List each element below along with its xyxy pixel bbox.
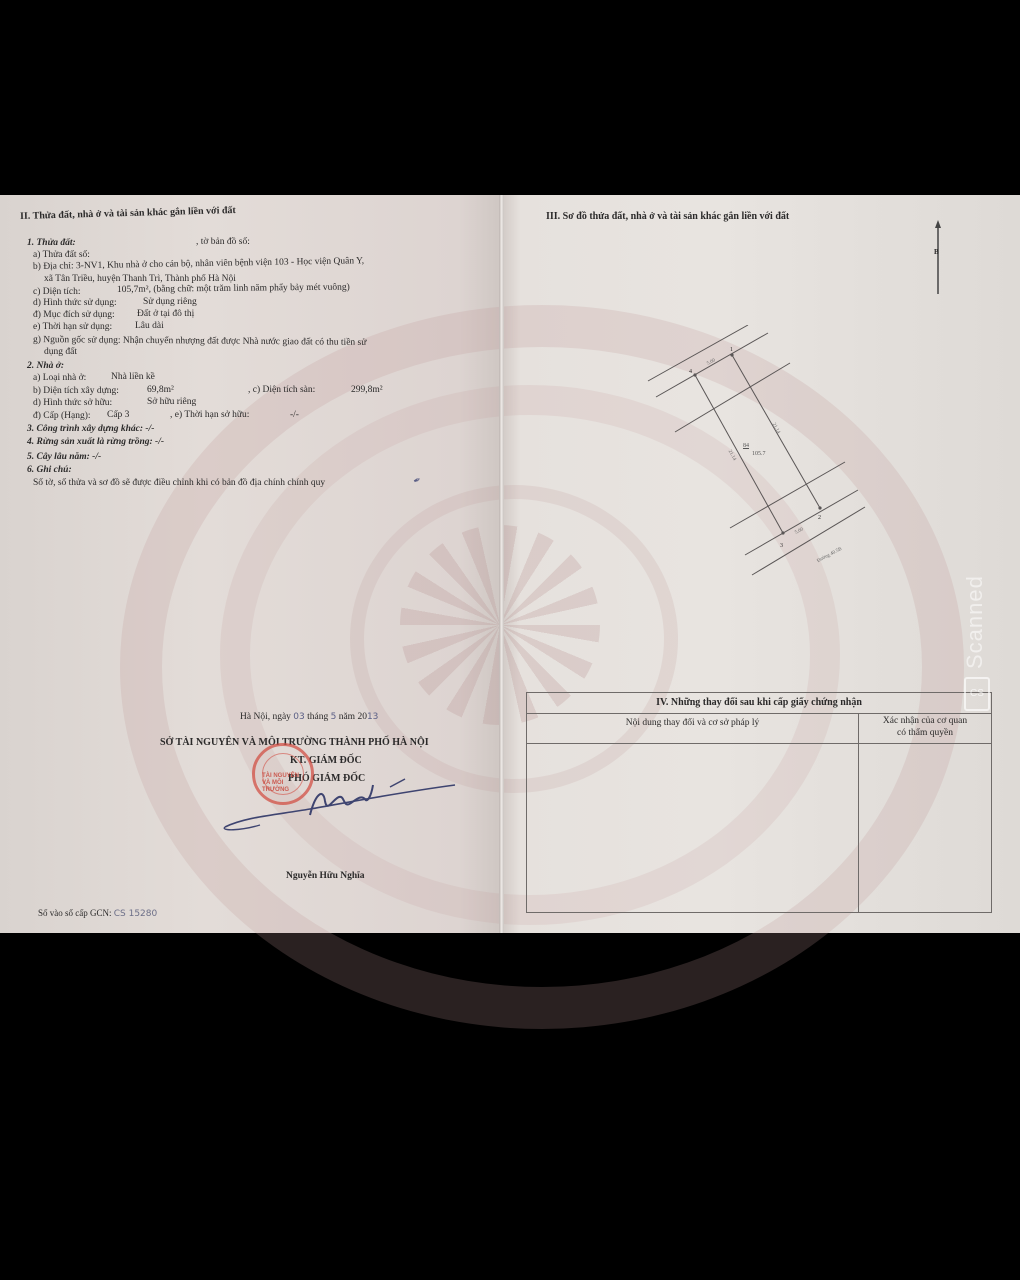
house-type-value: Nhà liền kề bbox=[111, 372, 155, 383]
address-value: 3-NV1, Khu nhà ở cho cán bộ, nhân viên b… bbox=[76, 256, 364, 271]
other-works: 3. Công trình xây dựng khác: -/- bbox=[27, 424, 154, 435]
perennial: 5. Cây lâu năm: -/- bbox=[27, 452, 101, 463]
ownership-value: Sở hữu riêng bbox=[147, 397, 196, 408]
land-heading: 1. Thửa đất: bbox=[27, 238, 76, 249]
col-change-content: Nội dung thay đổi và cơ sở pháp lý bbox=[527, 713, 858, 743]
section-iii-title: III. Sơ đồ thửa đất, nhà ở và tài sản kh… bbox=[546, 211, 789, 222]
note-heading: 6. Ghi chú: bbox=[27, 465, 72, 476]
point-1: 1 bbox=[730, 345, 733, 356]
date-month: 5 bbox=[331, 712, 337, 722]
signature-icon bbox=[215, 775, 465, 835]
ownership-label: d) Hình thức sở hữu: bbox=[33, 398, 112, 409]
grade-value: Cấp 3 bbox=[107, 410, 129, 421]
build-area-label: b) Diện tích xây dựng: bbox=[33, 386, 119, 397]
house-heading: 2. Nhà ở: bbox=[27, 361, 64, 372]
address-label: b) Địa chỉ: bbox=[33, 261, 74, 272]
section-ii-title: II. Thửa đất, nhà ở và tài sản khác gắn … bbox=[20, 205, 236, 222]
own-term-label: , e) Thời hạn sở hữu: bbox=[170, 410, 249, 421]
forest: 4. Rừng sản xuất là rừng trồng: -/- bbox=[27, 437, 164, 448]
ink-mark-icon: ✒ bbox=[412, 475, 423, 488]
scanner-logo-icon: CS bbox=[964, 677, 990, 711]
north-label: B bbox=[934, 247, 939, 258]
origin-label: g) Nguồn gốc sử dụng: bbox=[33, 335, 121, 346]
parcel-label: 84 bbox=[743, 441, 749, 452]
point-2: 2 bbox=[818, 513, 821, 524]
col-authority-confirmation: Xác nhận của cơ quan có thẩm quyền bbox=[859, 715, 991, 745]
registry-value: CS 15280 bbox=[114, 909, 158, 919]
term-value: Lâu dài bbox=[135, 321, 164, 332]
date-day: 03 bbox=[293, 712, 304, 722]
date-year-label: năm 20 bbox=[339, 712, 367, 722]
date-year-suffix: 13 bbox=[367, 712, 378, 722]
floor-area-value: 299,8m² bbox=[351, 385, 383, 396]
changes-table: IV. Những thay đổi sau khi cấp giấy chứn… bbox=[526, 692, 992, 913]
term-label: e) Thời hạn sử dụng: bbox=[33, 322, 112, 333]
purpose-value: Đất ở tại đô thị bbox=[137, 309, 194, 320]
purpose-label: đ) Mục đích sử dụng: bbox=[33, 310, 115, 321]
parcel-no-label: a) Thửa đất số: bbox=[33, 250, 90, 261]
date-prefix: Hà Nội, ngày bbox=[240, 712, 291, 722]
origin-value-line2: dụng đất bbox=[44, 347, 77, 358]
point-4: 4 bbox=[689, 367, 692, 378]
col2-line1: Xác nhận của cơ quan bbox=[859, 715, 991, 727]
scanner-watermark: Scanned bbox=[962, 575, 988, 669]
use-form-value: Sử dụng riêng bbox=[143, 297, 197, 308]
area-label: c) Diện tích: bbox=[33, 287, 80, 298]
house-type-label: a) Loại nhà ở: bbox=[33, 373, 86, 384]
point-3: 3 bbox=[780, 541, 783, 552]
north-arrow-icon bbox=[930, 220, 946, 300]
parcel-area: 105.7 bbox=[752, 449, 766, 460]
left-page: II. Thửa đất, nhà ở và tài sản khác gắn … bbox=[0, 195, 502, 933]
col2-line2: có thẩm quyền bbox=[859, 727, 991, 739]
use-form-label: d) Hình thức sử dụng: bbox=[33, 298, 117, 309]
date-month-label: tháng bbox=[307, 712, 328, 722]
origin-value: Nhận chuyển nhượng đất được Nhà nước gia… bbox=[123, 336, 367, 348]
registry-label: Số vào sổ cấp GCN: bbox=[38, 908, 112, 918]
floor-area-label: , c) Diện tích sàn: bbox=[248, 385, 315, 396]
signer-name: Nguyễn Hữu Nghĩa bbox=[286, 871, 365, 882]
grade-label: đ) Cấp (Hạng): bbox=[33, 411, 91, 422]
certificate-document: II. Thửa đất, nhà ở và tài sản khác gắn … bbox=[0, 195, 1020, 933]
area-value: 105,7m², (bằng chữ: một trăm linh năm ph… bbox=[117, 283, 350, 296]
changes-table-title: IV. Những thay đổi sau khi cấp giấy chứn… bbox=[527, 693, 991, 714]
map-sheet-label: , tờ bản đồ số: bbox=[196, 237, 250, 248]
own-term-value: -/- bbox=[290, 410, 299, 421]
build-area-value: 69,8m² bbox=[147, 385, 174, 396]
note-text: Số tờ, số thửa và sơ đồ sẽ được điều chỉ… bbox=[33, 478, 325, 489]
